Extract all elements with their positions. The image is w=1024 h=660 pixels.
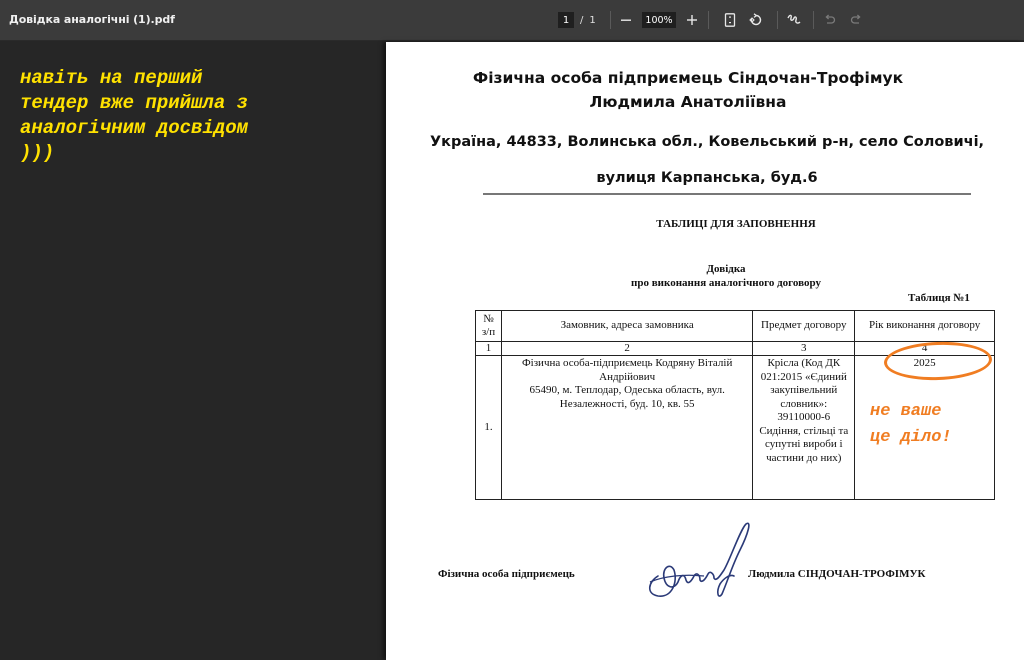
column-number: 3 (753, 342, 855, 356)
signature-image (644, 520, 754, 600)
section-title: ТАБЛИЦІ ДЛЯ ЗАПОВНЕННЯ (486, 218, 986, 230)
zoom-out-button[interactable] (615, 9, 637, 31)
company-name: Фізична особа підприємець Сіндочан-Трофі… (418, 66, 958, 114)
toolbar-divider (777, 11, 778, 29)
subtitle-line2: про виконання аналогічного договору (476, 276, 976, 290)
header-cell: Рік виконання договору (855, 311, 995, 342)
rotate-button[interactable] (745, 9, 767, 31)
current-page-input[interactable]: 1 (558, 12, 574, 28)
page-navigator: 1 / 1 (558, 9, 596, 31)
overlay-caption: навіть на перший тендер вже прийшла з ан… (20, 66, 370, 166)
column-number: 2 (501, 342, 752, 356)
pdf-page: Фізична особа підприємець Сіндочан-Трофі… (386, 42, 1024, 660)
signatory-title: Фізична особа підприємець (438, 568, 575, 580)
table-header-row: № з/п Замовник, адреса замовника Предмет… (476, 311, 995, 342)
redo-icon (850, 14, 862, 26)
page-fit-icon (724, 13, 736, 27)
address-line2: вулиця Карпанська, буд.6 (362, 160, 1024, 196)
signatory-name: Людмила СІНДОЧАН-ТРОФІМУК (748, 568, 926, 580)
header-cell: Предмет договору (753, 311, 855, 342)
row-index: 1. (476, 356, 502, 500)
subject-cell: Крісла (Код ДК 021:2015 «Єдиний закупіве… (753, 356, 855, 500)
pdf-toolbar: Довідка аналогічні (1).pdf 1 / 1 100% (0, 0, 1024, 41)
company-name-line2: Людмила Анатоліївна (418, 90, 958, 114)
draw-button[interactable] (783, 9, 805, 31)
rotate-icon (749, 13, 763, 27)
toolbar-divider (708, 11, 709, 29)
redo-button[interactable] (845, 9, 867, 31)
header-cell: № з/п (476, 311, 502, 342)
document-subtitle: Довідка про виконання аналогічного догов… (476, 262, 976, 290)
undo-button[interactable] (819, 9, 841, 31)
plus-icon (686, 14, 698, 26)
zoom-level[interactable]: 100% (642, 12, 676, 28)
total-pages: 1 (589, 15, 595, 26)
undo-icon (824, 14, 836, 26)
toolbar-divider (610, 11, 611, 29)
customer-cell: Фізична особа-підприємець Кодряну Віталі… (501, 356, 752, 500)
company-address: Україна, 44833, Волинська обл., Ковельсь… (362, 124, 1024, 196)
subtitle-line1: Довідка (476, 262, 976, 276)
header-divider (483, 193, 971, 195)
zoom-in-button[interactable] (681, 9, 703, 31)
document-title: Довідка аналогічні (1).pdf (9, 13, 175, 26)
minus-icon (620, 14, 632, 26)
toolbar-divider (813, 11, 814, 29)
address-line1: Україна, 44833, Волинська обл., Ковельсь… (362, 124, 1024, 160)
table-label: Таблиця №1 (908, 292, 970, 304)
header-cell: Замовник, адреса замовника (501, 311, 752, 342)
fit-page-button[interactable] (719, 9, 741, 31)
page-separator: / (580, 15, 583, 26)
column-number: 1 (476, 342, 502, 356)
company-name-line1: Фізична особа підприємець Сіндочан-Трофі… (418, 66, 958, 90)
annotation-text: не ваше це діло! (870, 399, 1000, 451)
draw-icon (787, 13, 801, 27)
